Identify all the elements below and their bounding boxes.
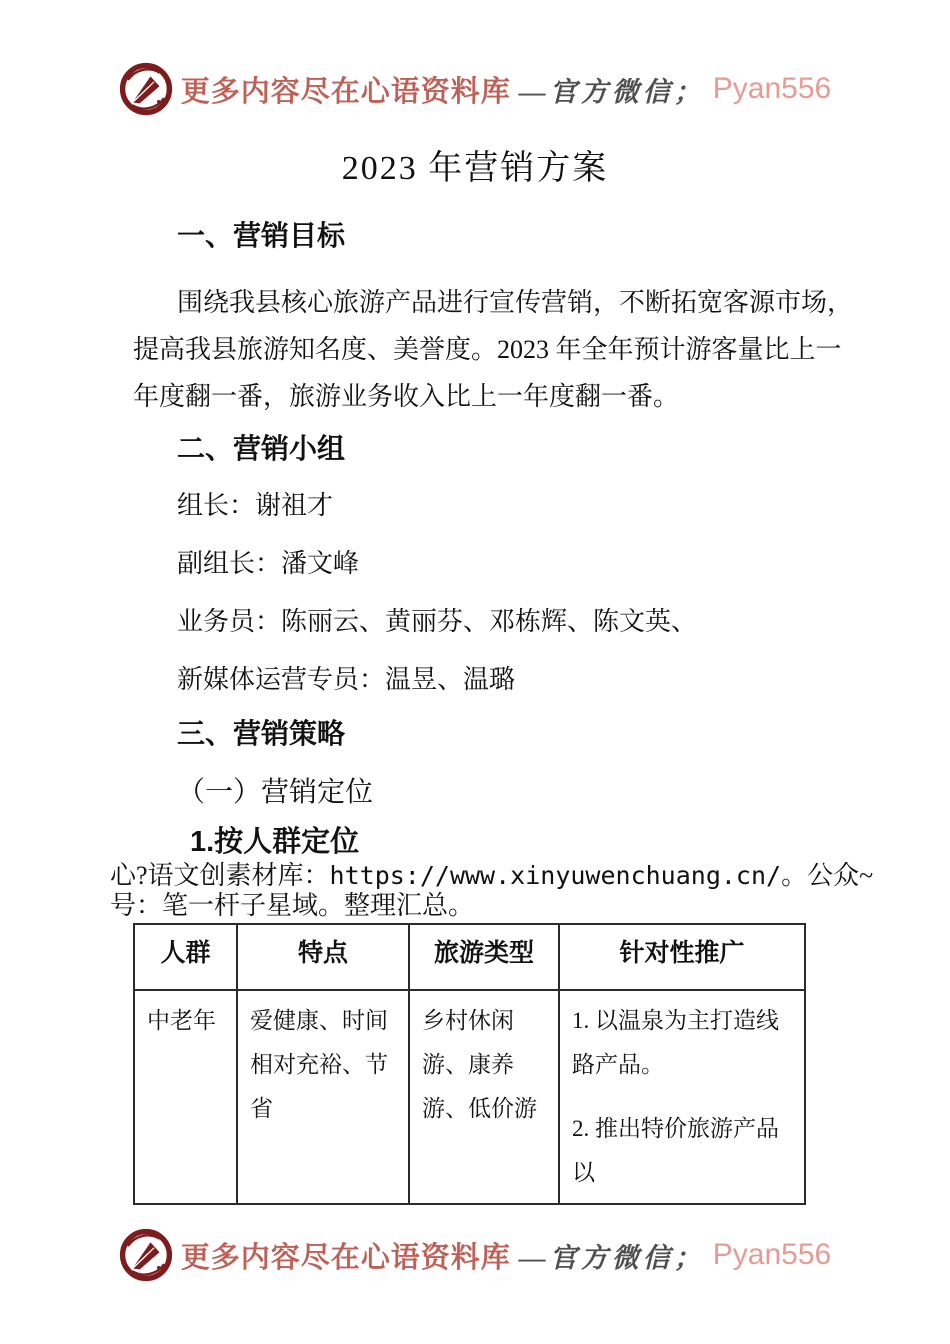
promotion-item-1: 1. 以温泉为主打造线路产品。: [572, 999, 794, 1087]
header-cell-traits: 特点: [237, 924, 409, 990]
document-page: 更多内容尽在心语资料库—官方微信；Pyan556 2023 年营销方案 一、营销…: [0, 0, 950, 1344]
pen-nib-circle-logo-icon: [119, 1228, 173, 1282]
team-sales-line: 业务员：陈丽云、黄丽芬、邓栋辉、陈文英、: [133, 605, 855, 639]
footer-watermark: 更多内容尽在心语资料库—官方微信；Pyan556: [0, 1228, 950, 1282]
stray-watermark-text: 心?语文创素材库：https://www.xinyuwenchuang.cn/。…: [110, 861, 855, 921]
table-row: 中老年 爱健康、时间相对充裕、节省 乡村休闲游、康养游、低价游 1. 以温泉为主…: [134, 990, 805, 1204]
watermark-separator-text: —官方微信；: [519, 70, 705, 109]
table-header-row: 人群 特点 旅游类型 针对性推广: [134, 924, 805, 990]
stray-suffix: 。公众~: [781, 861, 873, 890]
team-deputy-line: 副组长：潘文峰: [133, 547, 855, 581]
page-title: 2023 年营销方案: [0, 140, 950, 189]
stray-watermark-line1: 心?语文创素材库：https://www.xinyuwenchuang.cn/。…: [110, 861, 855, 891]
section1-heading: 一、营销目标: [133, 219, 855, 252]
sub-heading-by-crowd: 1.按人群定位: [133, 826, 855, 859]
stray-url: https://www.xinyuwenchuang.cn/: [330, 861, 782, 890]
watermark-wechat-id: Pyan556: [713, 72, 831, 106]
section1-paragraph: 围绕我县核心旅游产品进行宣传营销，不断拓宽客源市场，提高我县旅游知名度、美誉度。…: [133, 279, 855, 420]
sub-heading-positioning: （一）营销定位: [133, 776, 855, 810]
stray-watermark-line2: 号：笔一杆子星域。整理汇总。: [110, 891, 855, 921]
document-content: 一、营销目标 围绕我县核心旅游产品进行宣传营销，不断拓宽客源市场，提高我县旅游知…: [0, 219, 950, 1205]
cell-group: 中老年: [134, 990, 237, 1204]
watermark-wechat-id: Pyan556: [713, 1238, 831, 1272]
cell-travel-type: 乡村休闲游、康养游、低价游: [409, 990, 559, 1204]
watermark-brand-text: 更多内容尽在心语资料库: [181, 69, 511, 110]
watermark-brand-text: 更多内容尽在心语资料库: [181, 1235, 511, 1276]
section2-heading: 二、营销小组: [133, 432, 855, 465]
promotion-item-2: 2. 推出特价旅游产品以: [572, 1107, 794, 1195]
team-leader-line: 组长：谢祖才: [133, 489, 855, 523]
header-watermark: 更多内容尽在心语资料库—官方微信；Pyan556: [0, 0, 950, 116]
cell-traits: 爱健康、时间相对充裕、节省: [237, 990, 409, 1204]
section3-heading: 三、营销策略: [133, 717, 855, 750]
pen-nib-circle-logo-icon: [119, 62, 173, 116]
team-newmedia-line: 新媒体运营专员：温昱、温璐: [133, 663, 855, 697]
watermark-separator-text: —官方微信；: [519, 1236, 705, 1275]
stray-prefix: 心?语文创素材库：: [110, 861, 330, 890]
audience-positioning-table: 人群 特点 旅游类型 针对性推广 中老年 爱健康、时间相对充裕、节省 乡村休闲游…: [133, 923, 806, 1205]
cell-promotion: 1. 以温泉为主打造线路产品。 2. 推出特价旅游产品以: [559, 990, 805, 1204]
header-cell-group: 人群: [134, 924, 237, 990]
header-cell-promotion: 针对性推广: [559, 924, 805, 990]
header-cell-travel-type: 旅游类型: [409, 924, 559, 990]
